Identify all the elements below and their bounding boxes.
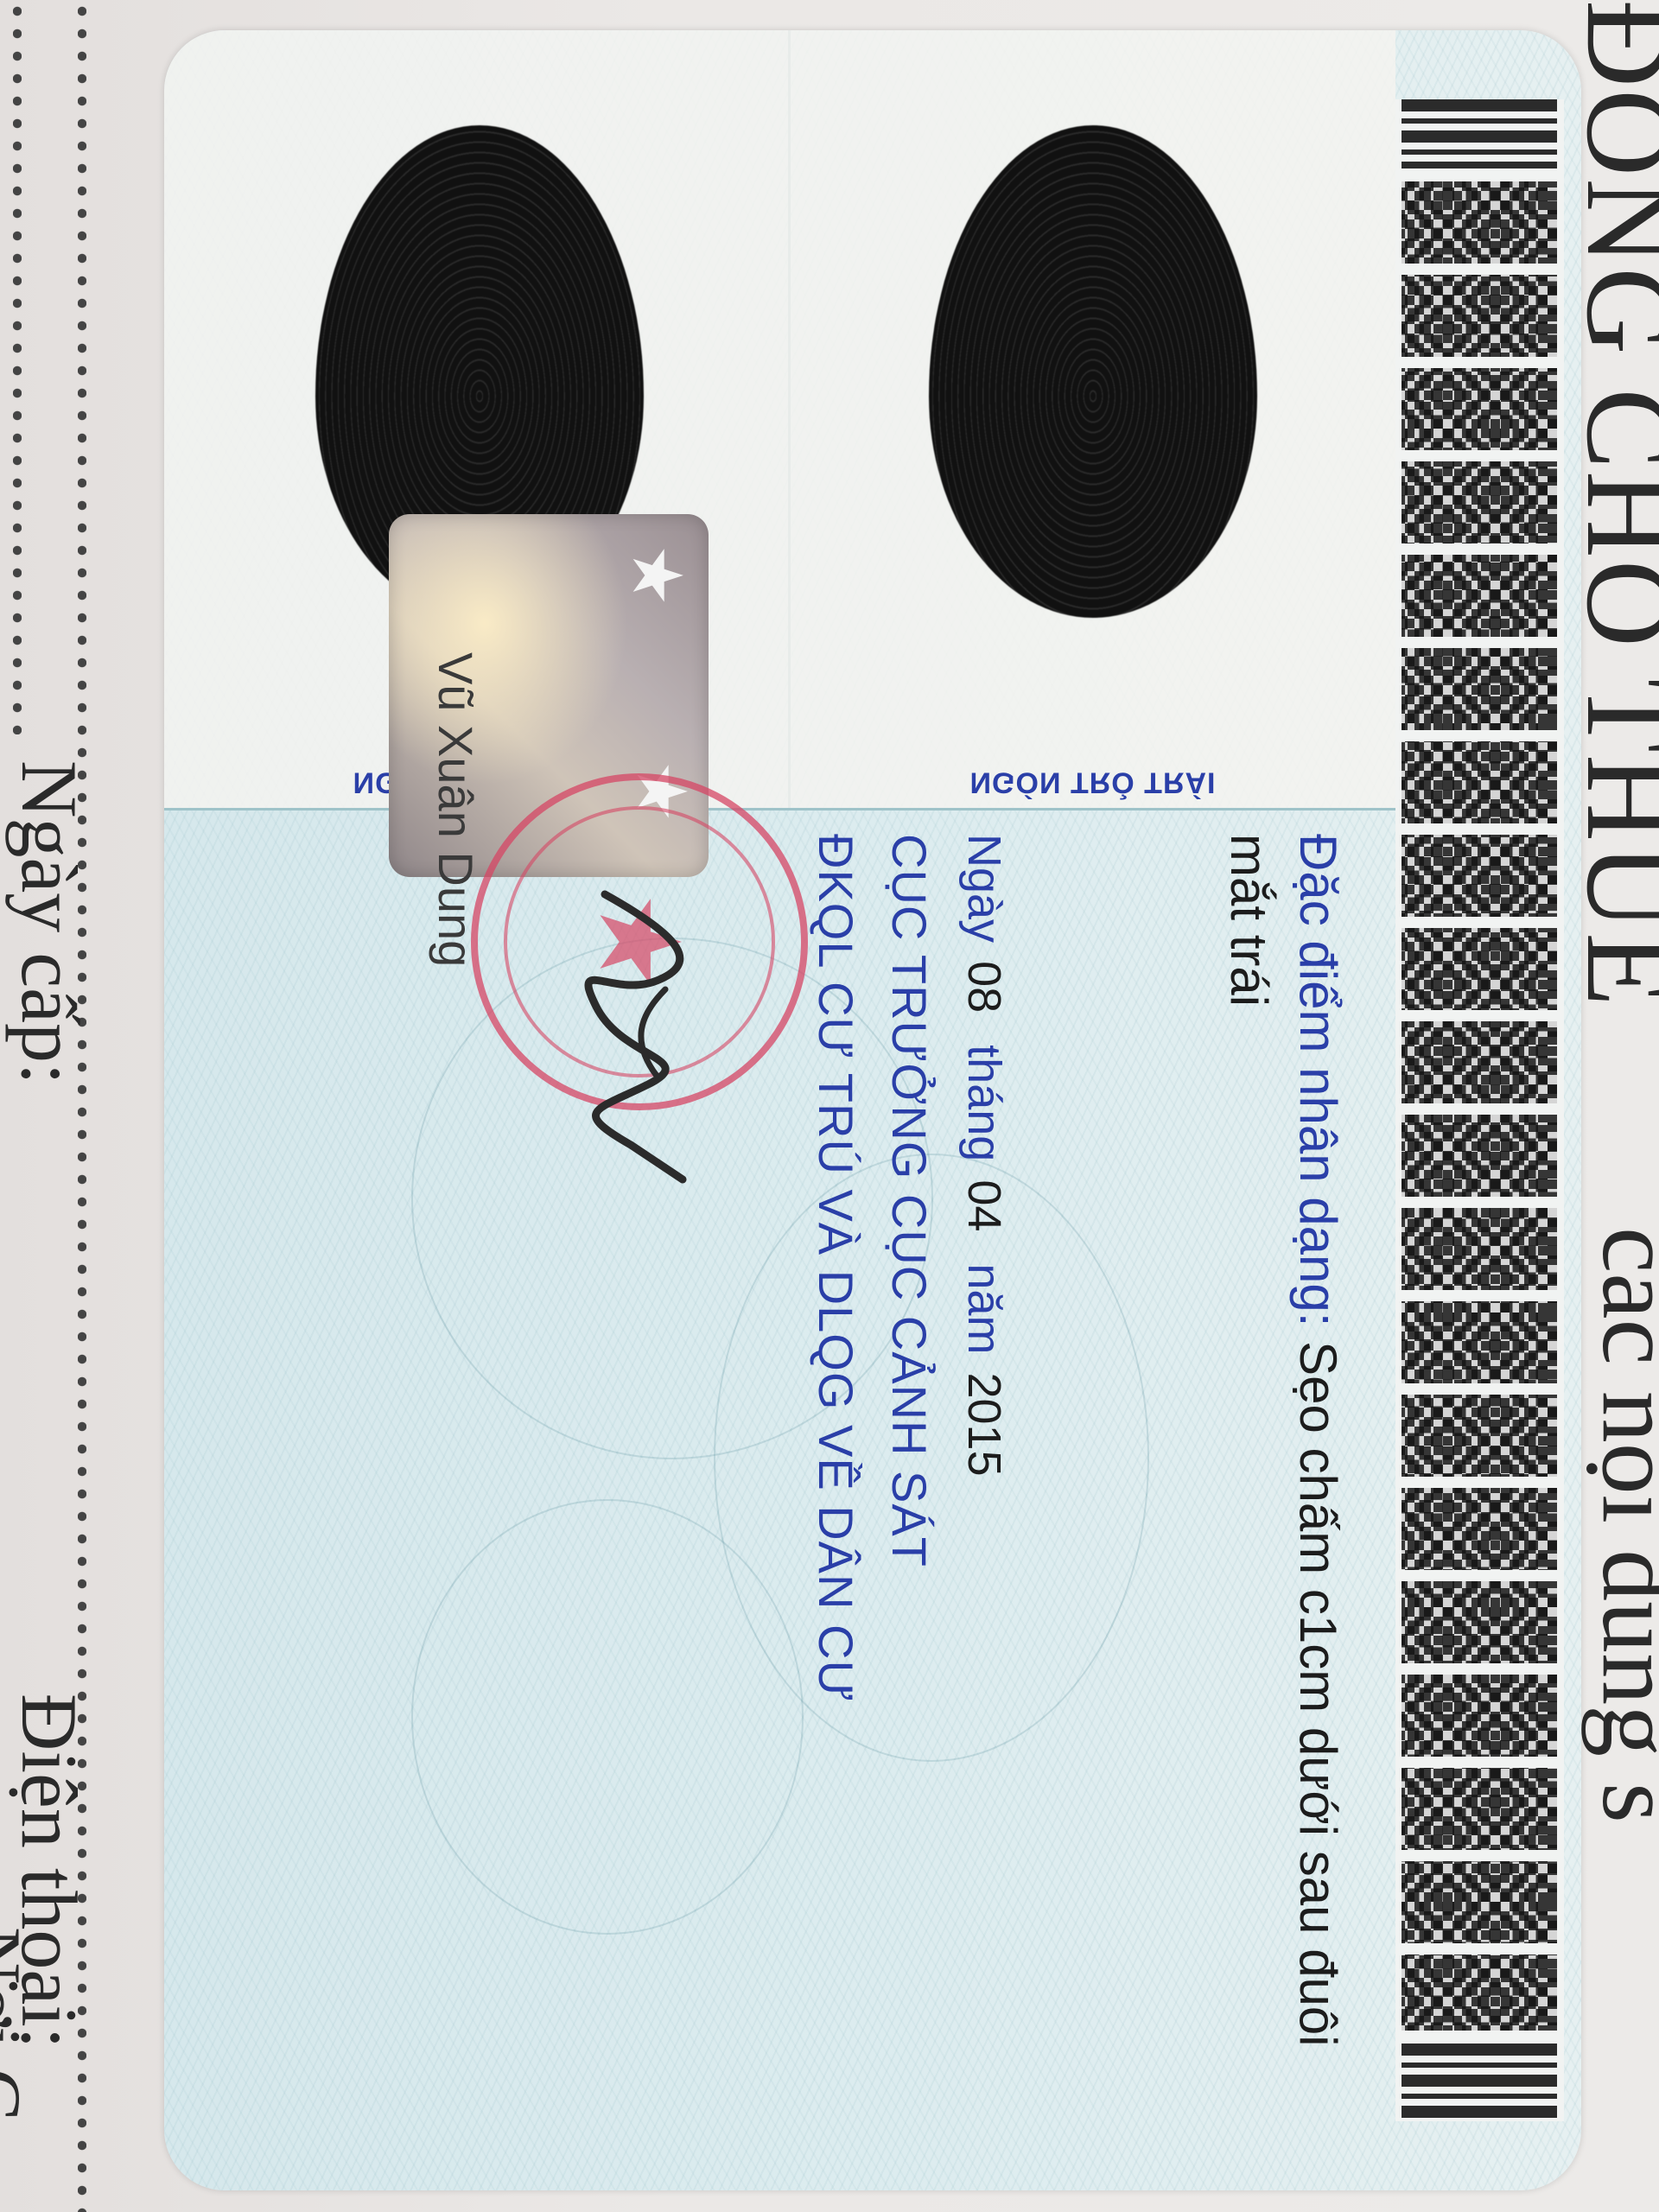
star-icon: ★ xyxy=(622,544,691,607)
2d-barcode-matrix xyxy=(1402,181,1557,2031)
issuing-authority-dept: ĐKQL CƯ TRÚ VÀ DLQG VỀ DÂN CƯ xyxy=(808,834,864,1702)
left-index-label: NGÓN TRỎ TRÁI xyxy=(970,766,1217,799)
signer-name: Vũ Xuân Dung xyxy=(428,652,484,967)
month-value: 04 xyxy=(957,1179,1011,1231)
fingerprint-area: NGÓN TRỎ TRÁI NGÓN TRỎ PHẢI xyxy=(164,30,1395,808)
paper-content-line: các nội dung s xyxy=(1579,1227,1659,1823)
identifying-features-line: Đặc điểm nhân dạng: Sẹo chấm c1cm dưới s… xyxy=(1288,834,1348,2047)
year-value: 2015 xyxy=(957,1372,1011,1476)
dotted-line xyxy=(13,0,22,734)
paper-label-issue-date: Ngày cấp: xyxy=(3,760,95,1085)
barcode-guard-bars xyxy=(1402,2044,1557,2121)
issue-date: Ngày 08 tháng 04 năm 2015 xyxy=(957,834,1011,1496)
identifying-features-value: Sẹo chấm c1cm dưới sau đuôi xyxy=(1289,1341,1347,2047)
identifying-features-label: Đặc điểm nhân dạng: xyxy=(1289,834,1347,1326)
month-label: tháng xyxy=(958,1045,1010,1161)
paper-label-place: Nơi C xyxy=(0,1927,39,2121)
barcode-guard-bars xyxy=(1402,99,1557,168)
fingerprint-icon xyxy=(929,125,1257,618)
identifying-features-value-cont: mắt trái xyxy=(1219,834,1279,1007)
barcode-icon xyxy=(1395,99,1564,2121)
left-index-fingerprint-box: NGÓN TRỎ TRÁI xyxy=(788,30,1395,810)
id-card: NGÓN TRỎ TRÁI NGÓN TRỎ PHẢI Đặc điểm nhâ… xyxy=(164,30,1581,2190)
signature-icon xyxy=(544,886,734,1197)
day-value: 08 xyxy=(957,961,1011,1013)
day-label: Ngày xyxy=(958,834,1010,943)
id-card-back: NGÓN TRỎ TRÁI NGÓN TRỎ PHẢI Đặc điểm nhâ… xyxy=(164,30,1581,2190)
issuing-authority-title: CỤC TRƯỞNG CỤC CẢNH SÁT xyxy=(881,834,938,1567)
year-label: năm xyxy=(958,1263,1010,1354)
